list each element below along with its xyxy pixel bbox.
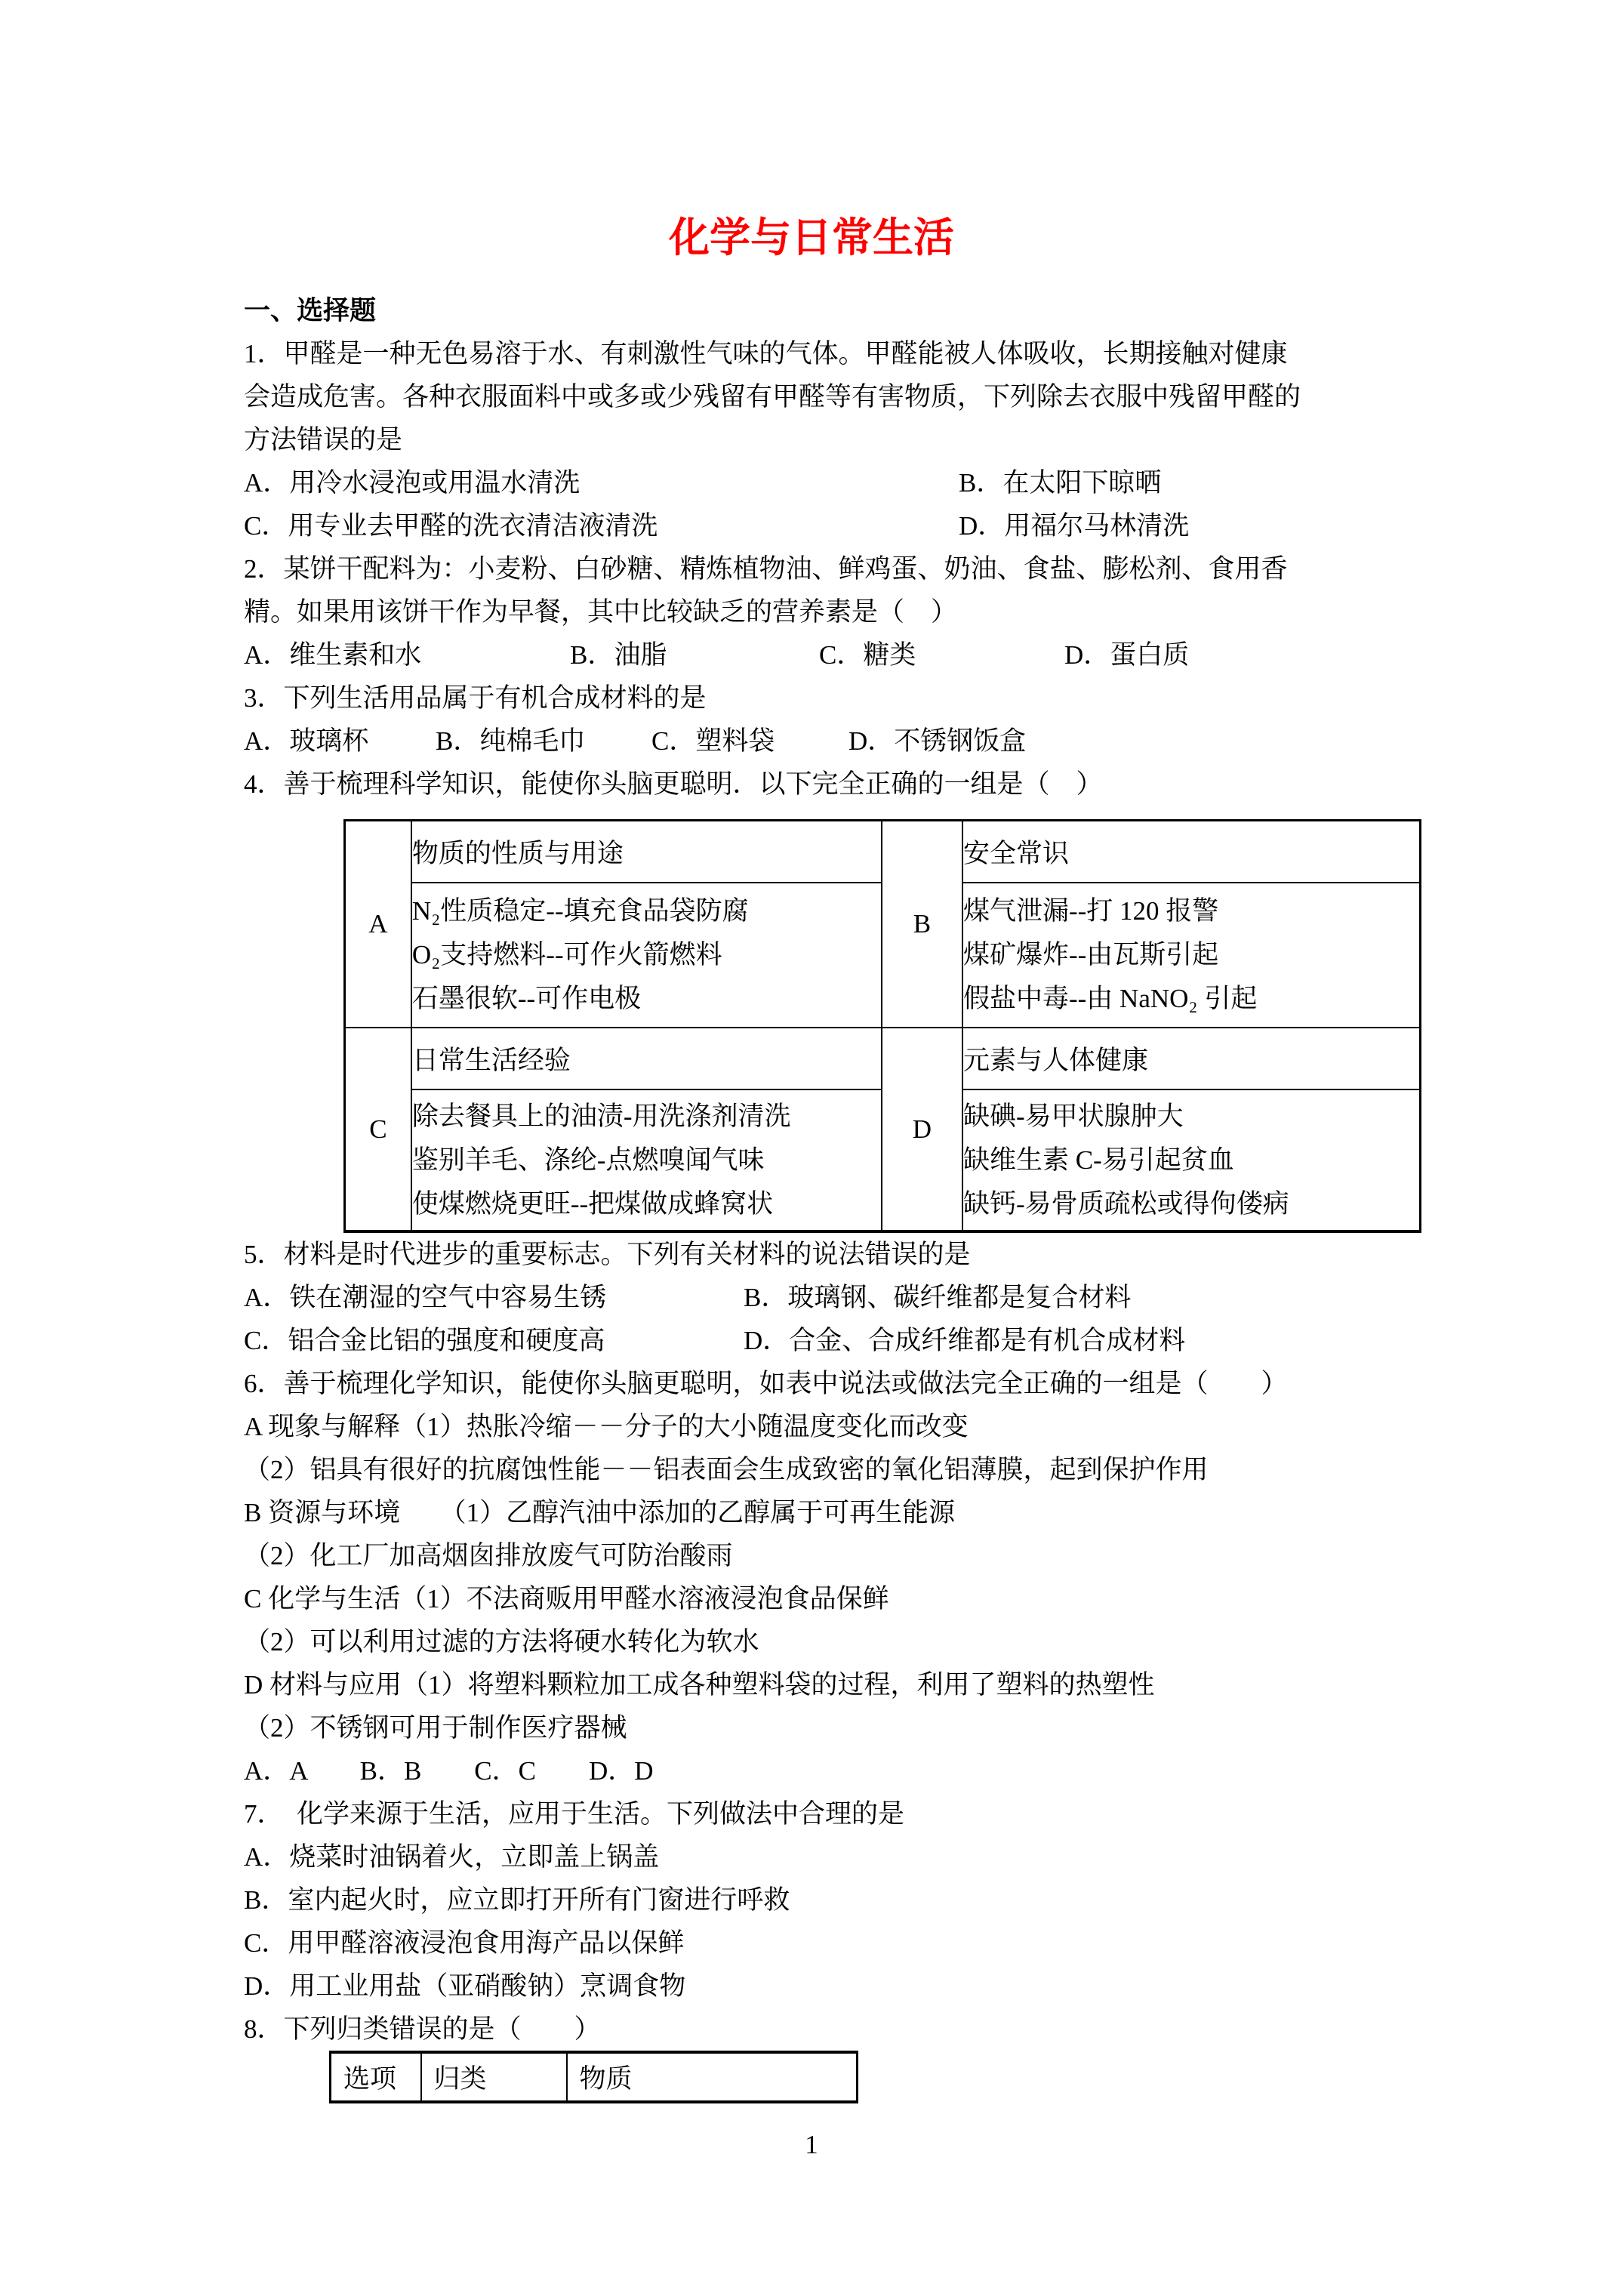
q4-knowledge-table: A 物质的性质与用途 B 安全常识 N₂性质稳定--填充食品袋防腐 O₂支持燃料… [343, 819, 1421, 1233]
q4-cell-content-b: 煤气泄漏--打 120 报警 煤矿爆炸--由瓦斯引起 假盐中毒--由 NaNO₂… [962, 883, 1421, 1028]
q5-option-c: C．铝合金比铝的强度和硬度高 [244, 1319, 744, 1362]
q7-option-c: C．用甲醛溶液浸泡食用海产品以保鲜 [244, 1922, 1421, 1965]
q1-stem-line-3: 方法错误的是 [244, 418, 1421, 461]
q7-stem: 7． 化学来源于生活，应用于生活。下列做法中合理的是 [244, 1792, 1421, 1835]
q7-option-d: D．用工业用盐（亚硝酸钠）烹调食物 [244, 1965, 1421, 2008]
q6-row-b1: B 资源与环境 （1）乙醇汽油中添加的乙醇属于可再生能源 [244, 1491, 1421, 1534]
q4-cell-label-c: C [345, 1028, 411, 1231]
table-row: 选项 归类 物质 [331, 2052, 858, 2102]
exam-page: 化学与日常生活 一、选择题 1．甲醛是一种无色易溶于水、有刺激性气味的气体。甲醛… [0, 0, 1623, 2296]
q2-stem-line-2: 精。如果用该饼干作为早餐，其中比较缺乏的营养素是（ ） [244, 590, 1421, 633]
q3-stem: 3．下列生活用品属于有机合成材料的是 [244, 676, 1421, 720]
q4-d-item-2: 缺维生素 C-易引起贫血 [963, 1139, 1419, 1182]
q6-stem: 6．善于梳理化学知识，能使你头脑更聪明，如表中说法或做法完全正确的一组是（ ） [244, 1362, 1421, 1405]
section-heading: 一、选择题 [244, 289, 1421, 332]
q5-option-a: A．铁在潮湿的空气中容易生锈 [244, 1276, 744, 1319]
q3-option-c: C．塑料袋 [651, 720, 848, 763]
q4-a-item-3: 石墨很软--可作电极 [412, 977, 881, 1021]
q6-row-a2: （2）铝具有很好的抗腐蚀性能－－铝表面会生成致密的氧化铝薄膜，起到保护作用 [244, 1448, 1421, 1491]
q3-options-row: A．玻璃杯 B．纯棉毛巾 C．塑料袋 D．不锈钢饭盒 [244, 720, 1421, 763]
q6-answer-options: A．A B．B C．C D．D [244, 1749, 1421, 1792]
q4-cell-content-c: 除去餐具上的油渍-用洗涤剂清洗 鉴别羊毛、涤纶-点燃嗅闻气味 使煤燃烧更旺--把… [411, 1089, 882, 1231]
q4-a-item-2: O₂支持燃料--可作火箭燃料 [412, 933, 881, 977]
q2-options-row: A．维生素和水 B．油脂 C．糖类 D．蛋白质 [244, 633, 1421, 676]
q2-stem-line-1: 2．某饼干配料为：小麦粉、白砂糖、精炼植物油、鲜鸡蛋、奶油、食盐、膨松剂、食用香 [244, 547, 1421, 590]
q4-cell-header-b: 安全常识 [962, 821, 1421, 883]
q8-header-category: 归类 [421, 2052, 567, 2102]
q2-option-b: B．油脂 [570, 633, 819, 676]
q4-cell-label-b: B [882, 821, 962, 1028]
q8-header-substance: 物质 [567, 2052, 858, 2102]
q1-options-row-1: A．用冷水浸泡或用温水清洗 B．在太阳下晾晒 [244, 461, 1421, 504]
q4-cell-label-a: A [345, 821, 411, 1028]
q8-classification-table: 选项 归类 物质 [329, 2051, 858, 2103]
q7-option-a: A．烧菜时油锅着火，立即盖上锅盖 [244, 1835, 1421, 1878]
table-row: A 物质的性质与用途 B 安全常识 [345, 821, 1421, 883]
q4-b-item-1: 煤气泄漏--打 120 报警 [963, 889, 1419, 933]
q4-cell-header-c: 日常生活经验 [411, 1028, 882, 1089]
page-title: 化学与日常生活 [0, 213, 1623, 263]
document-body: 一、选择题 1．甲醛是一种无色易溶于水、有刺激性气味的气体。甲醛能被人体吸收，长… [244, 289, 1421, 2103]
q5-options-row-2: C．铝合金比铝的强度和硬度高 D．合金、合成纤维都是有机合成材料 [244, 1319, 1421, 1362]
q4-cell-content-d: 缺碘-易甲状腺肿大 缺维生素 C-易引起贫血 缺钙-易骨质疏松或得佝偻病 [962, 1089, 1421, 1231]
q4-c-item-3: 使煤燃烧更旺--把煤做成蜂窝状 [412, 1182, 881, 1226]
q4-b-item-3: 假盐中毒--由 NaNO₂ 引起 [963, 977, 1419, 1021]
q1-options-row-2: C．用专业去甲醛的洗衣清洁液清洗 D．用福尔马林清洗 [244, 504, 1421, 547]
q8-header-option: 选项 [331, 2052, 421, 2102]
q4-stem: 4．善于梳理科学知识，能使你头脑更聪明．以下完全正确的一组是（ ） [244, 763, 1421, 806]
q1-option-a: A．用冷水浸泡或用温水清洗 [244, 461, 959, 504]
q5-stem: 5．材料是时代进步的重要标志。下列有关材料的说法错误的是 [244, 1233, 1421, 1276]
q6-row-b2: （2）化工厂加高烟囱排放废气可防治酸雨 [244, 1534, 1421, 1577]
q4-d-item-3: 缺钙-易骨质疏松或得佝偻病 [963, 1182, 1419, 1226]
q4-cell-label-d: D [882, 1028, 962, 1231]
q4-c-item-2: 鉴别羊毛、涤纶-点燃嗅闻气味 [412, 1139, 881, 1182]
q4-b-item-2: 煤矿爆炸--由瓦斯引起 [963, 933, 1419, 977]
q6-row-a1: A 现象与解释（1）热胀冷缩－－分子的大小随温度变化而改变 [244, 1405, 1421, 1448]
q2-option-c: C．糖类 [819, 633, 1064, 676]
q3-option-d: D．不锈钢饭盒 [848, 720, 1026, 763]
q6-row-c1: C 化学与生活（1）不法商贩用甲醛水溶液浸泡食品保鲜 [244, 1577, 1421, 1620]
q4-cell-header-a: 物质的性质与用途 [411, 821, 882, 883]
q2-option-a: A．维生素和水 [244, 633, 570, 676]
q5-options-row-1: A．铁在潮湿的空气中容易生锈 B．玻璃钢、碳纤维都是复合材料 [244, 1276, 1421, 1319]
q1-option-b: B．在太阳下晾晒 [959, 461, 1161, 504]
q4-c-item-1: 除去餐具上的油渍-用洗涤剂清洗 [412, 1095, 881, 1139]
q6-row-d2: （2）不锈钢可用于制作医疗器械 [244, 1706, 1421, 1749]
q4-d-item-1: 缺碘-易甲状腺肿大 [963, 1095, 1419, 1139]
q4-a-item-1: N₂性质稳定--填充食品袋防腐 [412, 889, 881, 933]
q6-row-d1: D 材料与应用（1）将塑料颗粒加工成各种塑料袋的过程，利用了塑料的热塑性 [244, 1663, 1421, 1706]
q3-option-a: A．玻璃杯 [244, 720, 436, 763]
q1-stem-line-2: 会造成危害。各种衣服面料中或多或少残留有甲醛等有害物质，下列除去衣服中残留甲醛的 [244, 375, 1421, 418]
q3-option-b: B．纯棉毛巾 [436, 720, 651, 763]
q5-option-d: D．合金、合成纤维都是有机合成材料 [744, 1319, 1185, 1362]
q4-cell-content-a: N₂性质稳定--填充食品袋防腐 O₂支持燃料--可作火箭燃料 石墨很软--可作电… [411, 883, 882, 1028]
q1-option-c: C．用专业去甲醛的洗衣清洁液清洗 [244, 504, 959, 547]
q2-option-d: D．蛋白质 [1064, 633, 1189, 676]
q5-option-b: B．玻璃钢、碳纤维都是复合材料 [744, 1276, 1131, 1319]
table-row: C 日常生活经验 D 元素与人体健康 [345, 1028, 1421, 1089]
page-number: 1 [0, 2123, 1623, 2166]
q8-stem: 8．下列归类错误的是（ ） [244, 2008, 1421, 2051]
q1-option-d: D．用福尔马林清洗 [959, 504, 1189, 547]
q4-cell-header-d: 元素与人体健康 [962, 1028, 1421, 1089]
q7-option-b: B．室内起火时，应立即打开所有门窗进行呼救 [244, 1878, 1421, 1922]
q1-stem-line-1: 1．甲醛是一种无色易溶于水、有刺激性气味的气体。甲醛能被人体吸收，长期接触对健康 [244, 332, 1421, 375]
q6-row-c2: （2）可以利用过滤的方法将硬水转化为软水 [244, 1620, 1421, 1663]
